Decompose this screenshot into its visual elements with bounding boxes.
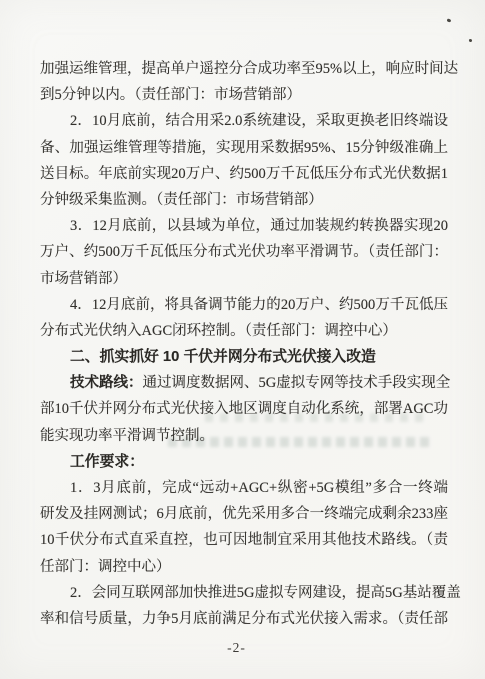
line-text: 部10千伏并网分布式光伏接入地区调度自动化系统，部署AGC功 <box>40 401 448 417</box>
document-body: 加强运维管理，提高单户遥控分合成功率至95%以上，响应时间达到5分钟以内。（责任… <box>40 56 448 632</box>
line-text: 任部门：调控中心） <box>40 559 171 575</box>
bold-label: 技术路线： <box>70 375 143 391</box>
text-line: 二、抓实抓好 10 千伏并网分布式光伏接入改造 <box>40 344 448 370</box>
text-line: 能实现功率平滑调节控制。 <box>40 423 448 449</box>
scan-speck-artifact <box>447 18 452 22</box>
line-text: 2．会同互联网部加快推进5G虚拟专网建设，提高5G基站覆盖 <box>70 585 461 601</box>
text-line: 分钟级采集监测。（责任部门：市场营销部） <box>40 187 448 213</box>
text-line: 备、加强运维管理等措施，实现用采数据95%、15分钟级准确上 <box>40 135 448 161</box>
text-line: 4．12月底前，将具备调节能力的20万户、约500万千瓦低压 <box>40 292 448 318</box>
line-text: 送目标。年底前实现20万户、约500万千瓦低压分布式光伏数据1 <box>40 166 448 182</box>
line-text: 率和信号质量，力争5月底前满足分布式光伏接入需求。（责任部 <box>40 611 448 627</box>
line-text: 分钟级采集监测。（责任部门：市场营销部） <box>40 192 323 208</box>
text-line: 到5分钟以内。（责任部门：市场营销部） <box>40 82 448 108</box>
text-line: 1．3月底前，完成“远动+AGC+纵密+5G模组”多合一终端 <box>40 475 448 501</box>
text-line: 任部门：调控中心） <box>40 554 448 580</box>
line-text: 1．3月底前，完成“远动+AGC+纵密+5G模组”多合一终端 <box>70 480 448 496</box>
text-line: 部10千伏并网分布式光伏接入地区调度自动化系统，部署AGC功 <box>40 396 448 422</box>
text-line: 3．12月底前，以县域为单位，通过加装规约转换器实现20 <box>40 213 448 239</box>
line-text: 4．12月底前，将具备调节能力的20万户、约500万千瓦低压 <box>70 297 448 313</box>
line-text: 加强运维管理，提高单户遥控分合成功率至95%以上，响应时间达 <box>40 61 458 77</box>
text-line: 分布式光伏纳入AGC闭环控制。（责任部门：调控中心） <box>40 318 448 344</box>
line-text: 工作要求： <box>70 454 144 470</box>
line-text: 2．10月底前，结合用采2.0系统建设，采取更换老旧终端设 <box>70 113 448 129</box>
text-line: 工作要求： <box>40 449 448 475</box>
text-line: 送目标。年底前实现20万户、约500万千瓦低压分布式光伏数据1 <box>40 161 448 187</box>
text-line: 2．会同互联网部加快推进5G虚拟专网建设，提高5G基站覆盖 <box>40 580 448 606</box>
text-line: 10千伏分布式直采直控，也可因地制宜采用其他技术路线。（责 <box>40 527 448 553</box>
text-line: 技术路线：通过调度数据网、5G虚拟专网等技术手段实现全 <box>40 370 448 396</box>
text-line: 2．10月底前，结合用采2.0系统建设，采取更换老旧终端设 <box>40 108 448 134</box>
line-text: 3．12月底前，以县域为单位，通过加装规约转换器实现20 <box>70 218 448 234</box>
line-text: 能实现功率平滑调节控制。 <box>40 428 214 444</box>
scanned-document-page: 加强运维管理，提高单户遥控分合成功率至95%以上，响应时间达到5分钟以内。（责任… <box>0 0 485 679</box>
line-text: 到5分钟以内。（责任部门：市场营销部） <box>40 87 301 103</box>
line-text: 研发及挂网测试；6月底前，优先采用多合一终端完成剩余233座 <box>40 506 448 522</box>
text-line: 研发及挂网测试；6月底前，优先采用多合一终端完成剩余233座 <box>40 501 448 527</box>
line-text: 10千伏分布式直采直控，也可因地制宜采用其他技术路线。（责 <box>40 532 448 548</box>
scan-speck-artifact <box>469 39 473 43</box>
line-text: 市场营销部） <box>40 271 127 287</box>
line-text: 通过调度数据网、5G虚拟专网等技术手段实现全 <box>143 375 451 391</box>
page-number: -2- <box>0 640 473 656</box>
text-line: 加强运维管理，提高单户遥控分合成功率至95%以上，响应时间达 <box>40 56 448 82</box>
text-line: 市场营销部） <box>40 266 448 292</box>
text-line: 万户、约500万千瓦低压分布式光伏功率平滑调节。（责任部门： <box>40 239 448 265</box>
line-text: 分布式光伏纳入AGC闭环控制。（责任部门：调控中心） <box>40 323 397 339</box>
line-text: 二、抓实抓好 10 千伏并网分布式光伏接入改造 <box>70 349 376 365</box>
text-line: 率和信号质量，力争5月底前满足分布式光伏接入需求。（责任部 <box>40 606 448 632</box>
line-text: 备、加强运维管理等措施，实现用采数据95%、15分钟级准确上 <box>40 140 448 156</box>
line-text: 万户、约500万千瓦低压分布式光伏功率平滑调节。（责任部门： <box>40 244 448 260</box>
